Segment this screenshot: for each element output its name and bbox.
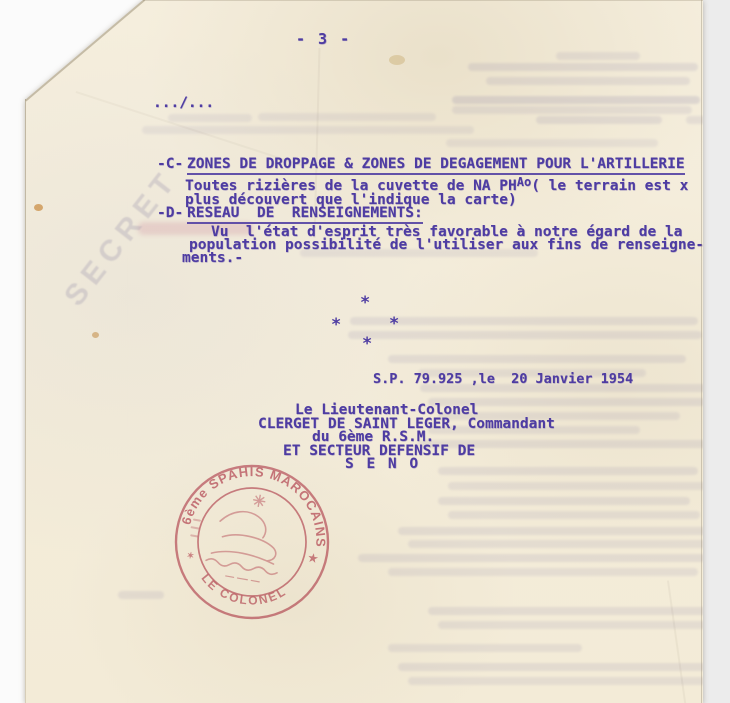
bleedthrough-line	[388, 568, 698, 576]
bleedthrough-line	[438, 497, 690, 505]
bleedthrough-line	[468, 63, 698, 71]
asterisk: *	[362, 334, 372, 354]
bleedthrough-line	[348, 331, 702, 339]
bleedthrough-line	[452, 106, 692, 114]
stamp-sunburst-icon: ✳	[251, 493, 267, 512]
paper-edge	[701, 0, 703, 703]
bleedthrough-line	[388, 355, 686, 363]
paper-edge	[143, 0, 703, 1]
stamp-arc-bottom-text: LE COLONEL	[195, 570, 291, 615]
scanned-document-page: SECRET - 3 - .../... -C- ZONES DE DROPPA…	[0, 0, 730, 703]
page-number: - 3 -	[296, 33, 351, 47]
dateline: S.P. 79.925 ,le 20 Janvier 1954	[373, 373, 633, 387]
bleedthrough-line	[452, 96, 700, 104]
signature-sector-name: S E N O	[345, 458, 420, 472]
stamp-star-left-icon: ✶	[186, 550, 195, 561]
bleedthrough-line	[258, 113, 436, 121]
asterisk: *	[389, 314, 399, 334]
bleedthrough-line	[448, 511, 700, 519]
bleedthrough-line	[438, 621, 708, 629]
unit-stamp: 6ème SPAHIS MAROCAINS LE COLONEL ★ ✶ ✳	[148, 438, 357, 647]
bleedthrough-line	[358, 554, 706, 562]
asterisk: *	[331, 315, 341, 335]
section-d-body-line2: population possibilité de l'utiliser aux…	[189, 239, 704, 253]
bleedthrough-line	[448, 482, 708, 490]
bleedthrough-line	[428, 607, 718, 615]
section-c-prefix: -C-	[157, 158, 183, 172]
bleedthrough-line	[446, 139, 658, 147]
section-c-heading: ZONES DE DROPPAGE & ZONES DE DEGAGEMENT …	[187, 158, 685, 172]
bleedthrough-line	[350, 317, 698, 325]
paper-sheet: SECRET - 3 - .../... -C- ZONES DE DROPPA…	[0, 0, 730, 703]
bleedthrough-line	[556, 52, 640, 60]
bleedthrough-line	[398, 527, 716, 535]
paper-stain	[389, 55, 405, 65]
paper-edge	[25, 99, 27, 703]
bleedthrough-line	[388, 644, 582, 652]
asterisk: *	[360, 293, 370, 313]
secret-classification-stamp: SECRET	[58, 163, 186, 313]
paper-stain	[34, 204, 43, 211]
section-d-prefix: -D-	[157, 207, 183, 221]
section-d-body-line3: ments.-	[182, 252, 243, 266]
bleedthrough-line	[408, 677, 706, 685]
bleedthrough-line	[438, 467, 698, 475]
bleedthrough-line	[536, 116, 662, 124]
stamp-star-right-icon: ★	[307, 552, 319, 566]
continuation-mark: .../...	[153, 97, 214, 111]
bleedthrough-line	[168, 114, 252, 122]
handwritten-correction: Ao	[517, 175, 531, 189]
bleedthrough-line	[408, 540, 716, 548]
bleedthrough-line	[686, 116, 712, 124]
section-d-heading: RESEAU DE RENSEIGNEMENTS:	[187, 207, 423, 221]
paper-stain	[92, 332, 99, 338]
bleedthrough-line	[486, 77, 690, 85]
bleedthrough-line	[398, 663, 716, 671]
